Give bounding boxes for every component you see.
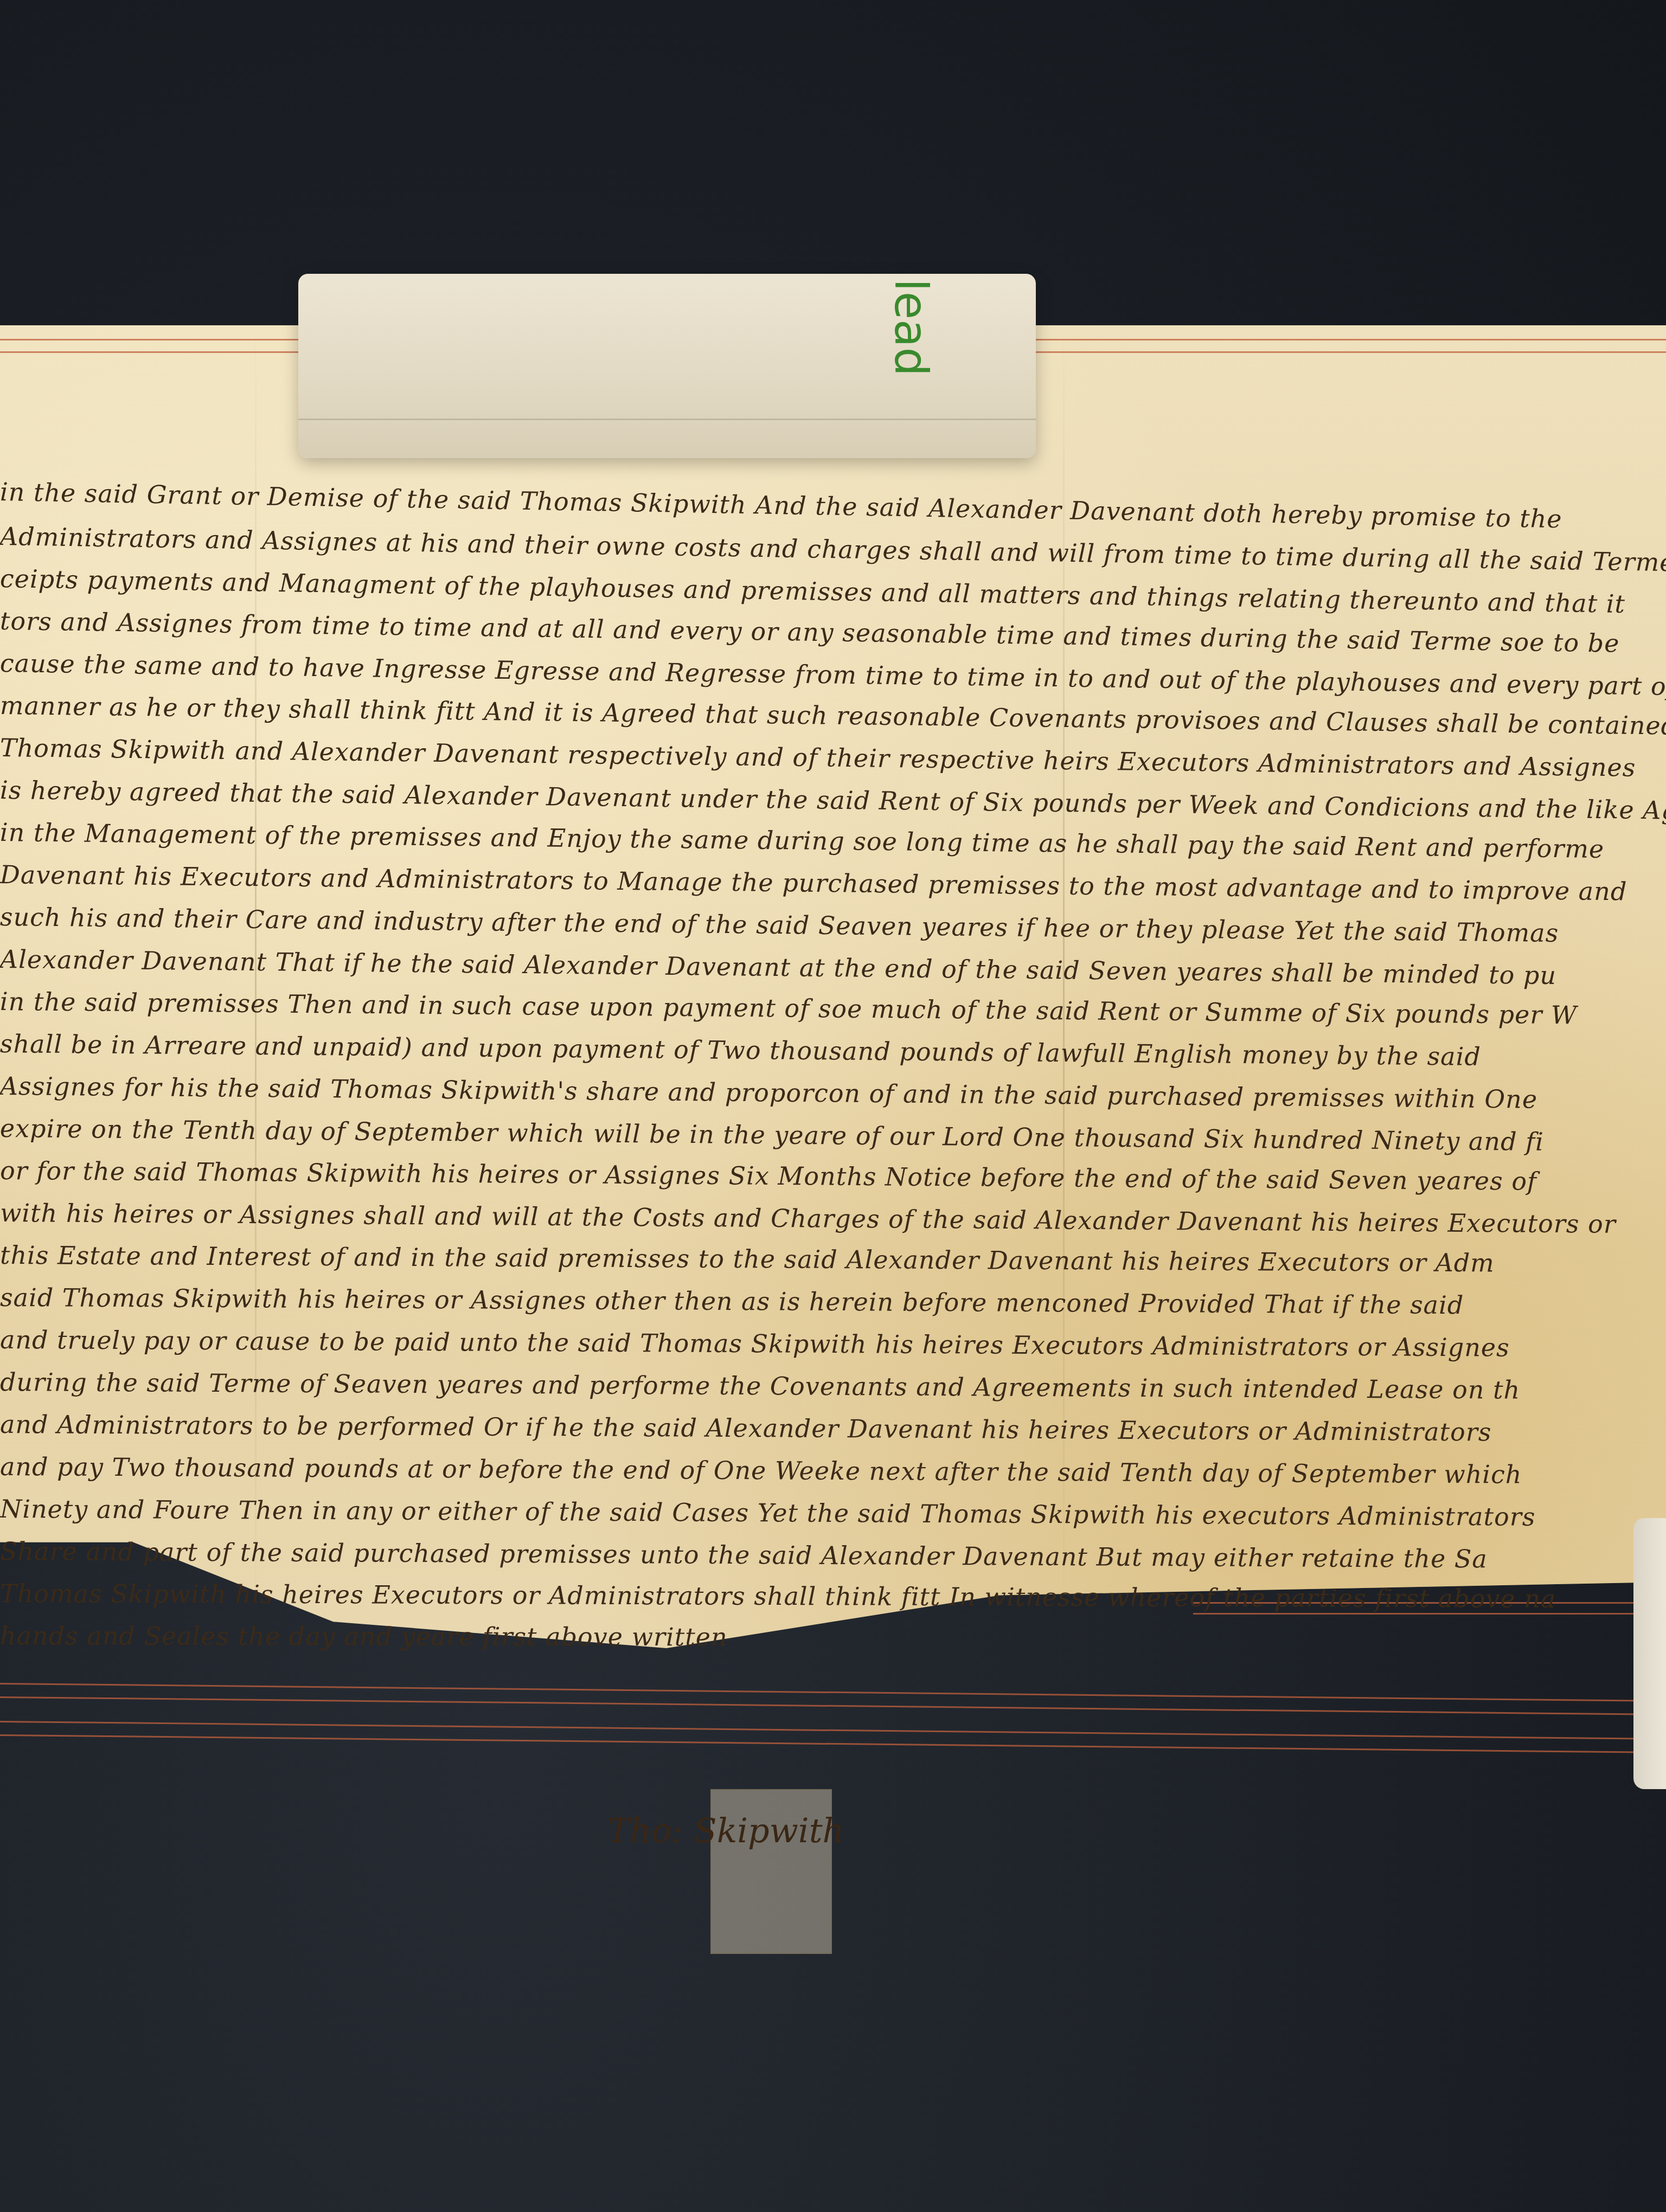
weight-label: lead [885, 279, 938, 376]
text-line: hands and Seales the day and yeare first… [0, 1621, 728, 1651]
bag-fold [298, 419, 1036, 420]
cloth-weight-side[interactable] [1633, 1518, 1666, 1789]
signature: Tho: Skipwith [607, 1811, 844, 1876]
text-line: Thomas Skipwith his heires Executors or … [0, 1579, 1556, 1613]
cloth-weight-bag[interactable]: lead [298, 274, 1036, 458]
red-ruling-line [1193, 1613, 1665, 1615]
